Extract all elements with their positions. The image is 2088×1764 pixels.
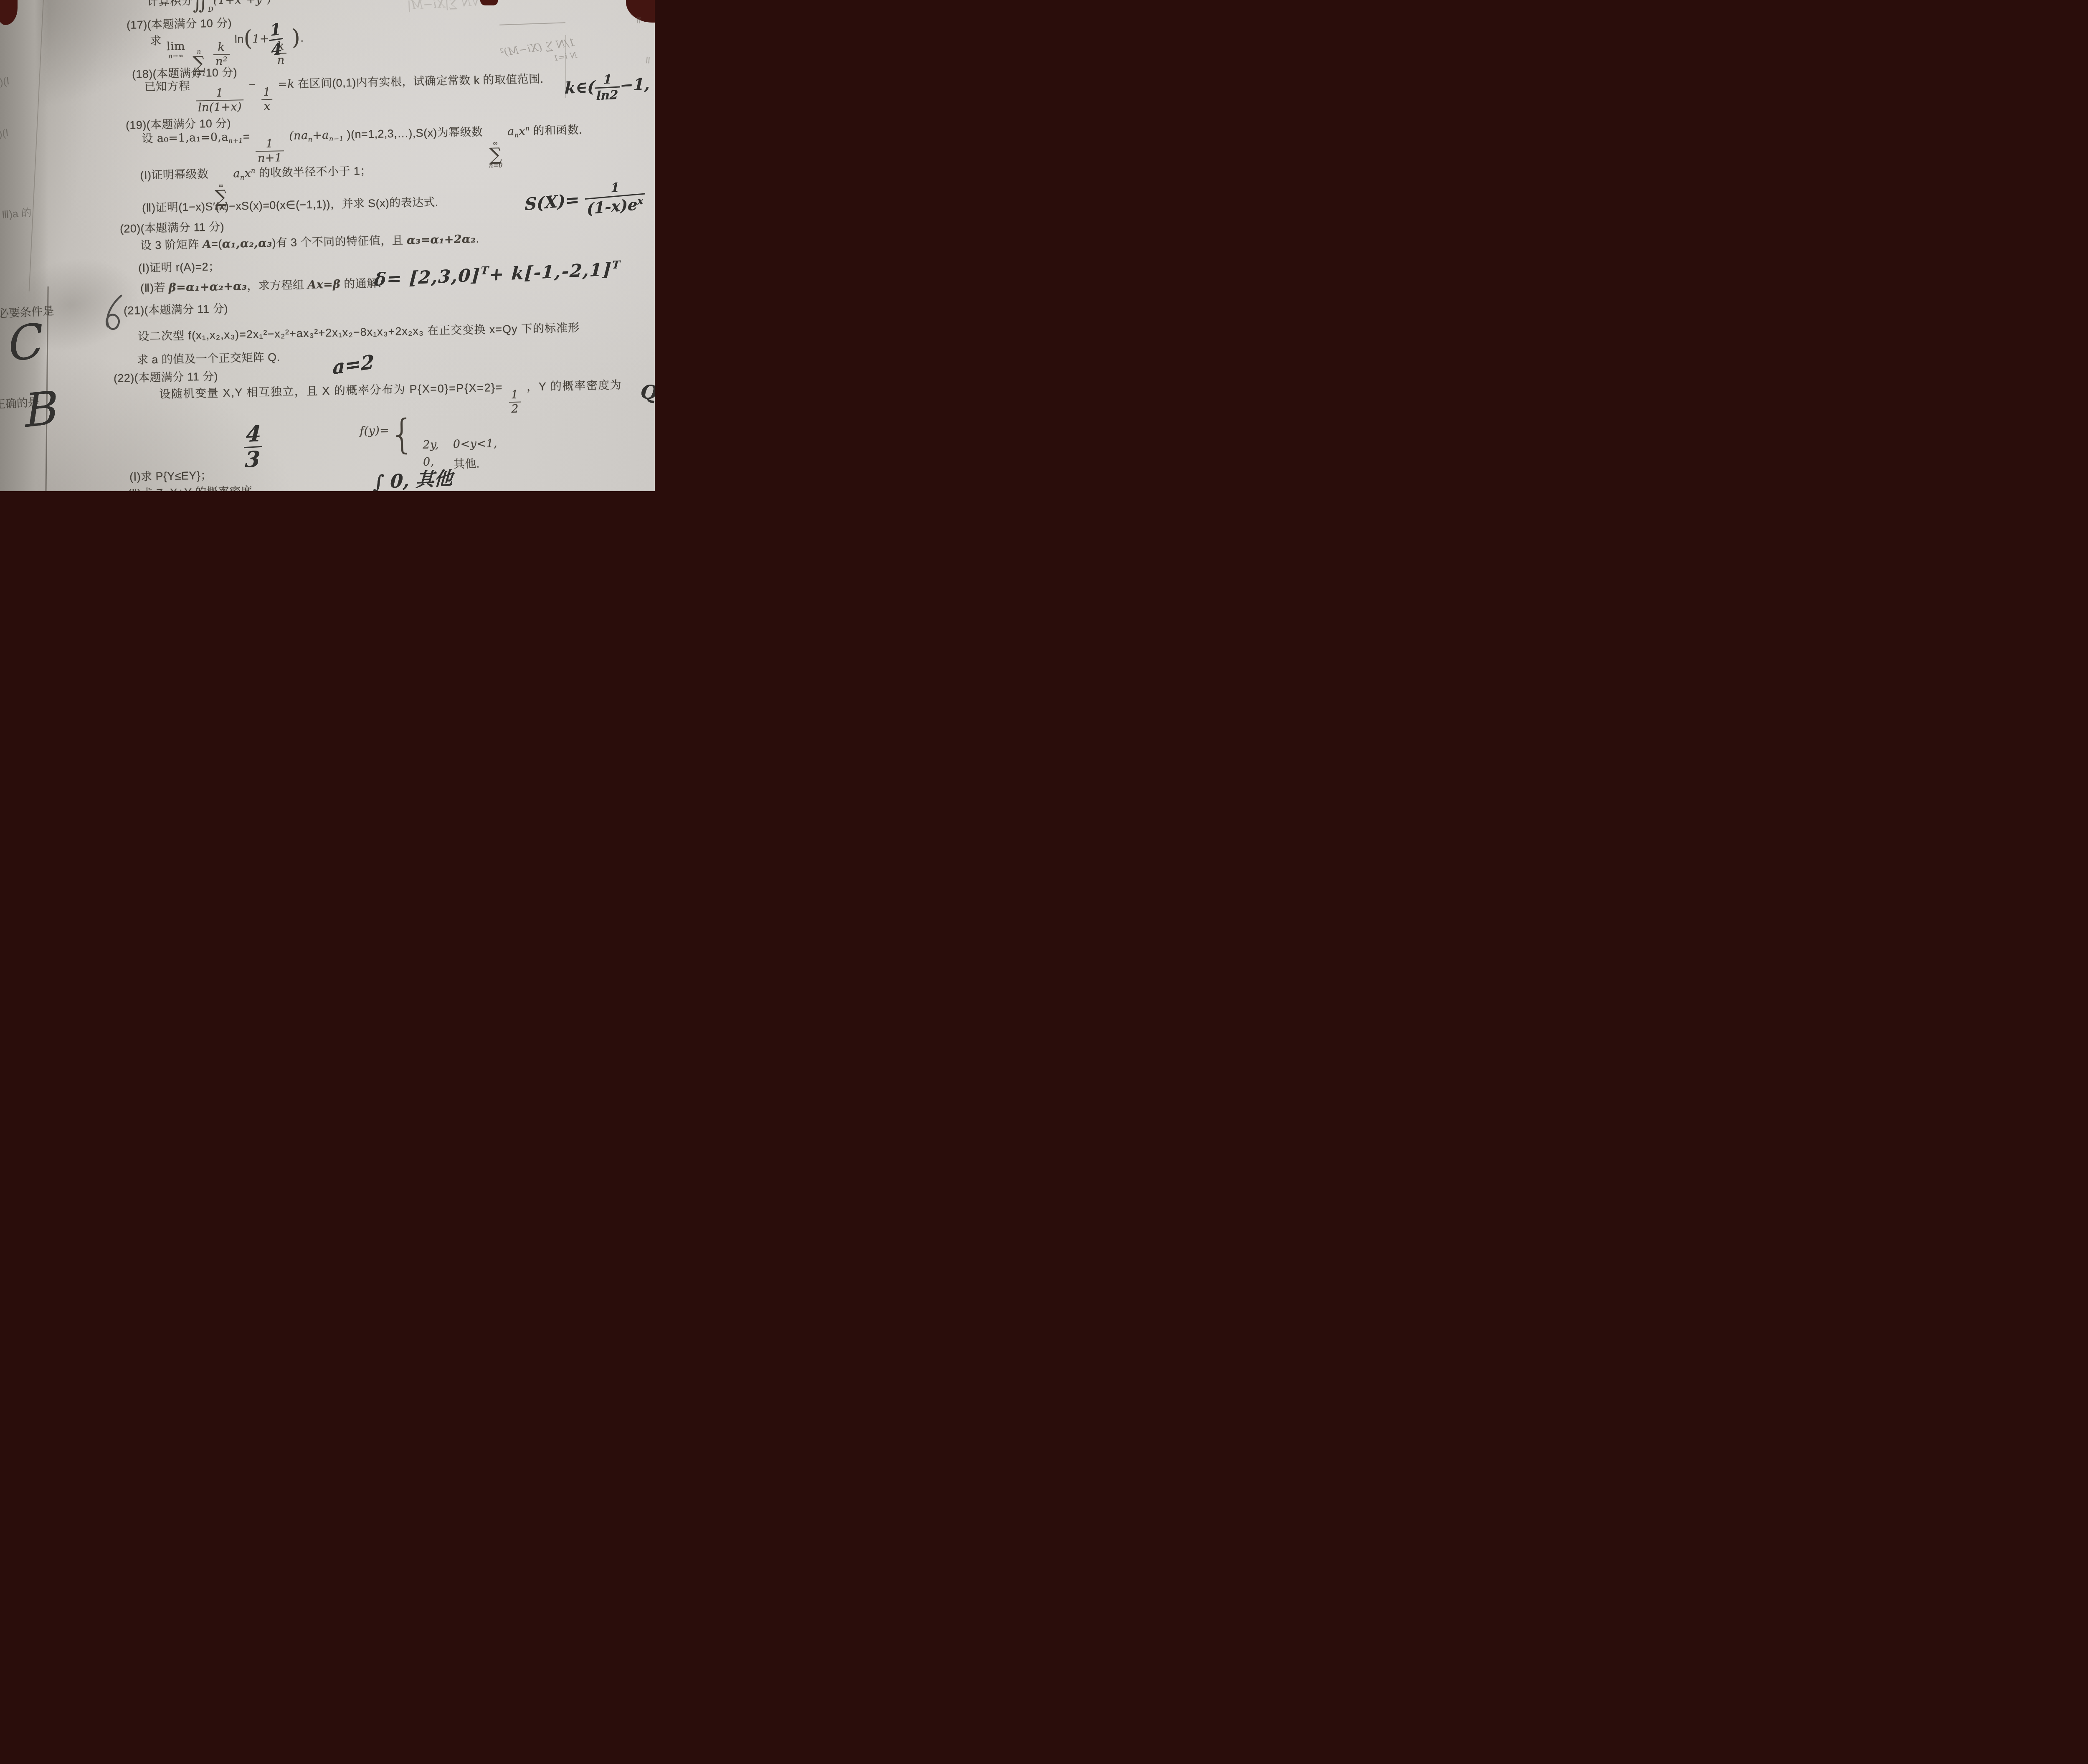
margin-fragment-3: Ⅲ)a 的 bbox=[1, 204, 32, 222]
question-21-header: (21)(本题满分 11 分) bbox=[124, 299, 228, 318]
handwritten-answer-B: B bbox=[24, 381, 60, 438]
question-21-part: 求 a 的值及一个正交矩阵 Q. bbox=[137, 348, 280, 367]
question-20-part2: (Ⅱ)若 β=α₁+α₂+α₃，求方程组 Ax=β 的通解. bbox=[140, 274, 382, 295]
question-18-body: 已知方程 1ln(1+x) − 1x =k 在区间(0,1)内有实根，试确定常数… bbox=[144, 70, 544, 115]
margin-fragment-2: 3)(Ⅰ bbox=[0, 127, 9, 141]
handwritten-answer-q18: k∈(1ln2−1, bbox=[564, 71, 650, 104]
question-20-header: (20)(本题满分 11 分) bbox=[120, 218, 225, 236]
bleedthrough-scribble: √N ∑|Xi−M| bbox=[407, 0, 479, 12]
bleedthrough-overline bbox=[499, 22, 565, 25]
question-22-header: (22)(本题满分 11 分) bbox=[114, 367, 218, 385]
margin-fragment-1: 2)(Ⅰ bbox=[0, 75, 10, 89]
handwritten-answer-q21: a=2 bbox=[332, 350, 374, 379]
handwritten-answer-q22-part1: 43 bbox=[243, 423, 263, 471]
question-16-cropped-line: 计算积分∬D(1+x²+y²) bbox=[147, 0, 271, 15]
question-21-body: 设二次型 f(x₁,x₂,x₃)=2x₁²−x₂²+ax₃²+2x₁x₂−8x₁… bbox=[138, 319, 580, 344]
exam-paper-photo: √N ∑|Xi−M| 1/N ∑ (Xi−M)² N i=1 = = 2)(Ⅰ … bbox=[0, 0, 655, 491]
question-20-part1: (Ⅰ)证明 r(A)=2； bbox=[138, 257, 220, 275]
bleedthrough-mark-1: = bbox=[633, 15, 645, 25]
handwritten-mark-Q: Q bbox=[639, 380, 655, 404]
bleedthrough-mark-2: = bbox=[642, 56, 654, 65]
question-17-header: (17)(本题满分 10 分) bbox=[127, 14, 232, 32]
photo-backdrop-notch bbox=[480, 0, 498, 5]
handwritten-answer-q19: S(X)= 1(1-x)ex bbox=[525, 179, 645, 222]
handwritten-answer-q17: 14 bbox=[268, 20, 284, 58]
handwritten-answer-q20: δ= [2,3,0]T+ k[-1,-2,1]T bbox=[374, 259, 621, 290]
handwritten-answer-C: C bbox=[6, 313, 46, 373]
handwritten-note-bottom: ∫ 0, 其他 bbox=[372, 463, 453, 491]
question-22-part1: (Ⅰ)求 P{Y≤EY}； bbox=[129, 466, 212, 484]
